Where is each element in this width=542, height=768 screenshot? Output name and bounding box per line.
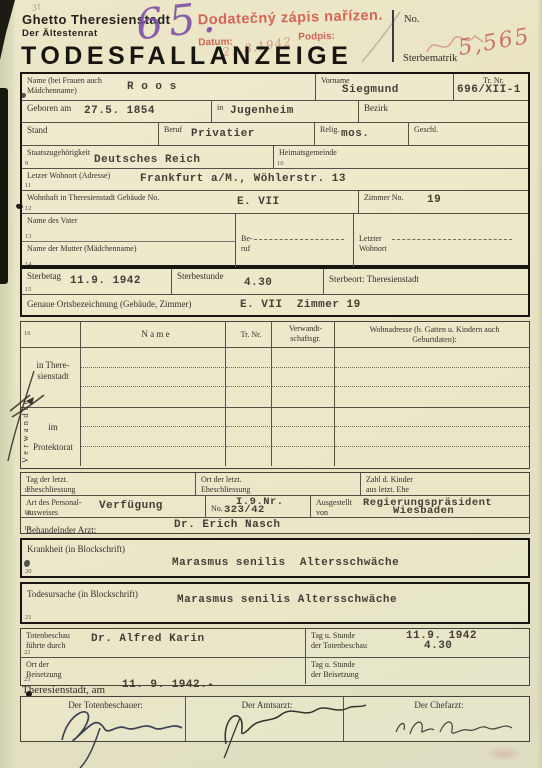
sterbematrik-label: Sterbematrik <box>403 53 457 64</box>
row-geboren: Geboren am 27.5. 1854 in Jugenheim Bezir… <box>22 101 528 123</box>
ausgestellt-l2: von <box>316 508 328 517</box>
relative-entry-cell <box>272 368 335 388</box>
field-number: 10 <box>277 160 284 167</box>
relatives-table: 16 N a m e Tr. Nr. Verwandt- schaftsgr. … <box>20 321 530 469</box>
relative-entry-cell <box>272 387 335 407</box>
misc-table: Tag der letzt. Eheschliessung 17 Ort der… <box>20 472 530 534</box>
field-number: 21 <box>25 614 32 621</box>
field-todesursache-value: Marasmus senilis Altersschwäche <box>177 594 397 606</box>
field-zimmer-value: 19 <box>427 194 441 206</box>
fill-line <box>254 239 344 240</box>
field-ausgestellt-value2: Wiesbaden <box>393 505 454 517</box>
row-totenbeschau: Totenbeschau führte durch Dr. Alfred Kar… <box>21 629 529 658</box>
field-bezirk-label: Bezirk <box>364 103 528 114</box>
relative-entry-cell <box>226 427 272 446</box>
field-sterbetag-value: 11.9. 1942 <box>70 275 141 287</box>
relative-entry-cell <box>81 427 226 446</box>
beisetzung-ort-l1: Ort der <box>26 660 49 669</box>
field-arzt-label: Behandelnder Arzt: <box>26 525 96 535</box>
parents-beruf-column: Be- ruf <box>236 214 354 269</box>
field-ausweis-no: No. I.9.Nr. 323/42 <box>206 496 311 517</box>
field-totenbeschau: Totenbeschau führte durch Dr. Alfred Kar… <box>21 629 306 657</box>
kinder-l1: Zahl d. Kinder <box>366 475 413 484</box>
header-divider <box>392 10 394 62</box>
row-ausweis: Art des Personal- ausweises Verfügung 18… <box>21 496 529 518</box>
relatives-grid <box>81 348 529 407</box>
relatives-col-verw: Verwandt- schaftsgr. <box>272 322 335 347</box>
parents-names-column: Name des Vater 13 Name der Mutter (Mädch… <box>22 214 236 269</box>
fill-line <box>392 239 512 240</box>
field-mutter: Name der Mutter (Mädchenname) 14 <box>22 242 235 269</box>
field-sterbeort: Sterbeort: Theresienstadt <box>324 269 528 294</box>
totenbeschau-table: Totenbeschau führte durch Dr. Alfred Kar… <box>20 628 530 686</box>
pencil-stroke <box>358 10 403 65</box>
row-genaue-orts: Genaue Ortsbezeichnung (Gebäude, Zimmer)… <box>22 295 528 317</box>
relatives-col-verw-label: Verwandt- schaftsgr. <box>277 324 334 344</box>
krankheit-box: Krankheit (in Blockschrift) Marasmus sen… <box>20 538 530 578</box>
ehe-ort-l1: Ort der letzt. <box>201 475 242 484</box>
field-vorname-value: Siegmund <box>342 84 399 96</box>
kinder-l2: aus letzt. Ehe <box>366 485 409 494</box>
beisetzung-zeit-l2: der Beisetzung <box>311 670 359 679</box>
field-todesursache: Todesursache (in Blockschrift) Marasmus … <box>22 584 528 622</box>
handwritten-margin-scribble <box>2 365 52 465</box>
scan-shadow-left <box>0 88 8 284</box>
smudge <box>484 746 524 762</box>
relatives-col-trnr: Tr. Nr. <box>226 322 272 347</box>
field-stand-label: Stand <box>27 125 158 136</box>
relatives-col-adresse: Wohnadresse (b. Gatten u. Kindern auch G… <box>335 322 529 347</box>
field-mutter-label: Name der Mutter (Mädchenname) <box>27 244 137 254</box>
field-number: 11 <box>25 182 31 189</box>
relative-entry-cell <box>81 387 226 407</box>
field-number: 15 <box>25 286 32 293</box>
relatives-col-adresse-label: Wohnadresse (b. Gatten u. Kindern auch G… <box>340 324 529 345</box>
row-stand: Stand Beruf Privatier Relig. mos. Geschl… <box>22 123 528 146</box>
ehe-tag-l1: Tag der letzt. <box>26 475 68 484</box>
death-notice-document: 31 Ghetto Theresienstadt Der Ältestenrat… <box>0 0 542 768</box>
field-sterbestunde: Sterbestunde 4.30 <box>172 269 324 294</box>
field-genaue-orts: Genaue Ortsbezeichnung (Gebäude, Zimmer)… <box>22 295 528 317</box>
field-ehe-ort-label: Ort der letzt. Eheschliessung <box>201 475 360 495</box>
stamp-podpis-label: Podpis: <box>298 31 335 43</box>
field-vorname: Vorname Siegmund <box>316 74 454 100</box>
relatives-col-name: N a m e <box>81 322 226 347</box>
field-genaue-orts-value: E. VII Zimmer 19 <box>240 299 361 311</box>
todesursache-box: Todesursache (in Blockschrift) Marasmus … <box>20 582 530 624</box>
field-vater: Name des Vater 13 <box>22 214 235 242</box>
row-sterbetag: Sterbetag 11.9. 1942 15 Sterbestunde 4.3… <box>22 269 528 295</box>
field-name-value: R o o s <box>127 81 177 93</box>
relative-entry-cell <box>272 408 335 427</box>
ausweis-l1: Art des Personal- <box>26 498 82 507</box>
field-wohnort-value: Frankfurt a/M., Wöhlerstr. 13 <box>140 173 346 185</box>
field-name: Name (bei Frauen auch Mädchenname) R o o… <box>22 74 316 100</box>
personal-data-table: Name (bei Frauen auch Mädchenname) R o o… <box>20 72 530 267</box>
relative-entry-cell <box>81 348 226 368</box>
field-zimmer-label: Zimmer No. <box>364 193 528 203</box>
field-arzt-value: Dr. Erich Nasch <box>174 519 281 531</box>
no-label: No. <box>404 14 419 25</box>
parents-beruf-l2: ruf <box>241 244 250 253</box>
field-beisetzung-ort-label: Ort der Beisetzung <box>26 660 305 680</box>
totenbeschau-l1: Totenbeschau <box>26 631 70 640</box>
field-relig: Relig. mos. <box>315 123 409 145</box>
field-vater-label: Name des Vater <box>27 216 107 226</box>
field-geboren-in: in Jugenheim <box>212 101 359 122</box>
field-ehe-tag-label: Tag der letzt. Eheschliessung <box>26 475 195 495</box>
relative-entry-cell <box>81 447 226 466</box>
relative-entry-cell <box>81 368 226 388</box>
parents-wohnort-l2: Wohnort <box>359 244 387 253</box>
row-wohnhaft: Wohnhaft in Theresienstadt Gebäude No. E… <box>22 191 528 214</box>
field-number: 9 <box>25 160 28 167</box>
field-totenbeschau-zeit: Tag u. Stunde der Totenbeschau 11.9. 194… <box>306 629 529 657</box>
field-heimat-label: Heimatsgemeinde <box>279 148 528 158</box>
relative-entry-cell <box>226 348 272 368</box>
page-title: TODESFALLANZEIGE <box>21 42 352 71</box>
field-number: 18 <box>24 509 31 516</box>
field-beisetzung-zeit-label: Tag u. Stunde der Beisetzung <box>311 660 529 680</box>
field-number: 12 <box>25 205 32 212</box>
ehe-tag-l2: Eheschliessung <box>26 485 75 494</box>
relative-entry-cell <box>335 447 529 466</box>
stamp-text: Dodatečný zápis nařízen. <box>198 8 384 29</box>
relatives-col-verw-l1: Verwandt- <box>289 324 322 333</box>
ausweis-l2: ausweises <box>26 508 58 517</box>
field-number: 20 <box>25 568 32 575</box>
signature-totenbeschauer <box>48 702 198 768</box>
signature-chefarzt <box>390 710 520 745</box>
field-totenbeschau-zeit-value2: 4.30 <box>424 640 452 652</box>
field-staat-value: Deutsches Reich <box>94 154 201 166</box>
field-beruf: Beruf Privatier <box>159 123 315 145</box>
field-krankheit-label: Krankheit (in Blockschrift) <box>27 542 528 555</box>
field-ehe-ort: Ort der letzt. Eheschliessung <box>196 473 361 495</box>
field-ausgestellt: Ausgestellt von Regierungspräsident Wies… <box>311 496 529 517</box>
field-number: 17 <box>24 487 31 494</box>
place-date-line: Theresienstadt, am <box>22 684 105 696</box>
parents-beruf-label: Be- ruf <box>241 234 253 254</box>
relative-entry-cell <box>335 387 529 407</box>
field-kinder: Zahl d. Kinder aus letzt. Ehe <box>361 473 529 495</box>
parents-wohnort-label: Letzter Wohnort <box>359 234 387 254</box>
field-number: 13 <box>25 233 32 240</box>
field-trnr: Tr. Nr. 696/XII-1 <box>454 74 528 100</box>
relative-entry-cell <box>335 348 529 368</box>
field-sterbeort-label: Sterbeort: Theresienstadt <box>329 271 528 285</box>
relatives-col-trnr-label: Tr. Nr. <box>231 324 271 340</box>
relative-entry-cell <box>226 447 272 466</box>
field-geschl-label: Geschl. <box>414 125 528 135</box>
relative-entry-cell <box>226 408 272 427</box>
beisetzung-zeit-l1: Tag u. Stunde <box>311 660 355 669</box>
field-sterbetag: Sterbetag 11.9. 1942 15 <box>22 269 172 294</box>
field-wohnort: Letzer Wohnort (Adresse) Frankfurt a/M.,… <box>22 169 528 190</box>
field-heimat: Heimatsgemeinde 10 <box>274 146 528 168</box>
tb-zeit-l2: der Totenbeschau <box>311 641 367 650</box>
field-geschl: Geschl. <box>409 123 528 145</box>
relatives-col-verw-l2: schaftsgr. <box>290 334 320 343</box>
scan-edge-right <box>537 0 542 768</box>
field-krankheit: Krankheit (in Blockschrift) Marasmus sen… <box>22 540 528 576</box>
relatives-num-cell: 16 <box>21 322 81 347</box>
relatives-grid <box>81 408 529 466</box>
field-number: 16 <box>24 330 31 337</box>
field-geboren-value: 27.5. 1854 <box>84 105 155 117</box>
relatives-group-theresienstadt: in There- sienstadt <box>21 348 529 408</box>
row-parents: Name des Vater 13 Name der Mutter (Mädch… <box>22 214 528 269</box>
relatives-header-row: 16 N a m e Tr. Nr. Verwandt- schaftsgr. … <box>21 322 529 348</box>
relative-entry-cell <box>226 387 272 407</box>
field-beisetzung-zeit: Tag u. Stunde der Beisetzung <box>306 658 529 684</box>
relative-entry-cell <box>335 368 529 388</box>
ehe-ort-l2: Eheschliessung <box>201 485 250 494</box>
field-ausweis-no-label: No. <box>211 504 223 513</box>
row-staat: Staatszugehörigkeit Deutsches Reich 9 He… <box>22 146 528 169</box>
field-beruf-value: Privatier <box>191 128 255 140</box>
field-number: 22 <box>24 649 31 656</box>
row-eheschliessung: Tag der letzt. Eheschliessung 17 Ort der… <box>21 473 529 496</box>
totenbeschau-l2: führte durch <box>26 641 65 650</box>
row-name: Name (bei Frauen auch Mädchenname) R o o… <box>22 74 528 101</box>
field-relig-value: mos. <box>341 128 369 140</box>
place-date-label: Theresienstadt, am <box>22 684 105 696</box>
field-number: 19 <box>24 525 31 532</box>
field-trnr-value: 696/XII-1 <box>457 84 521 96</box>
relatives-col-name-label: N a m e <box>86 324 225 340</box>
place-date-value: 11. 9. 1942.- <box>122 679 214 691</box>
tb-zeit-l1: Tag u. Stunde <box>311 631 355 640</box>
field-sterbestunde-value: 4.30 <box>244 277 272 289</box>
row-arzt: Behandelnder Arzt: Dr. Erich Nasch 19 <box>21 518 529 533</box>
field-staat: Staatszugehörigkeit Deutsches Reich 9 <box>22 146 274 168</box>
field-number: 23 <box>24 676 31 683</box>
field-totenbeschau-value: Dr. Alfred Karin <box>91 633 205 645</box>
relative-entry-cell <box>335 427 529 446</box>
field-geboren: Geboren am 27.5. 1854 <box>22 101 212 122</box>
relative-entry-cell <box>226 368 272 388</box>
field-wohnhaft-value: E. VII <box>237 196 280 208</box>
death-data-box: Sterbetag 11.9. 1942 15 Sterbestunde 4.3… <box>20 267 530 317</box>
field-ausweis-no-value2: 323/42 <box>224 504 265 516</box>
field-arzt: Behandelnder Arzt: Dr. Erich Nasch 19 <box>21 518 529 533</box>
signature-amtsarzt <box>210 700 370 760</box>
field-name-label: Name (bei Frauen auch Mädchenname) <box>27 76 127 96</box>
field-kinder-label: Zahl d. Kinder aus letzt. Ehe <box>366 475 529 495</box>
relative-entry-cell <box>272 348 335 368</box>
parents-wohnort-column: Letzter Wohnort <box>354 214 528 269</box>
beisetzung-ort-l2: Beisetzung <box>26 670 62 679</box>
field-stand: Stand <box>22 123 159 145</box>
field-ausweis: Art des Personal- ausweises Verfügung 18 <box>21 496 206 517</box>
relative-entry-cell <box>272 447 335 466</box>
row-wohnort: Letzer Wohnort (Adresse) Frankfurt a/M.,… <box>22 169 528 191</box>
field-wohnhaft-label: Wohnhaft in Theresienstadt Gebäude No. <box>27 193 358 203</box>
relative-entry-cell <box>272 427 335 446</box>
field-zimmer: Zimmer No. 19 <box>359 191 528 213</box>
ausgestellt-l1: Ausgestellt <box>316 498 352 507</box>
parents-beruf-l1: Be- <box>241 234 253 243</box>
field-ausweis-value: Verfügung <box>99 500 163 512</box>
field-krankheit-value: Marasmus senilis Altersschwäche <box>172 557 399 569</box>
field-ehe-tag: Tag der letzt. Eheschliessung 17 <box>21 473 196 495</box>
field-wohnhaft: Wohnhaft in Theresienstadt Gebäude No. E… <box>22 191 359 213</box>
field-geboren-in-value: Jugenheim <box>230 105 294 117</box>
relatives-group-protektorat: im Protektorat <box>21 408 529 466</box>
field-bezirk: Bezirk <box>359 101 528 122</box>
parents-wohnort-l1: Letzter <box>359 234 382 243</box>
relative-entry-cell <box>81 408 226 427</box>
relative-entry-cell <box>335 408 529 427</box>
row-beisetzung: Ort der Beisetzung 23 Tag u. Stunde der … <box>21 658 529 684</box>
